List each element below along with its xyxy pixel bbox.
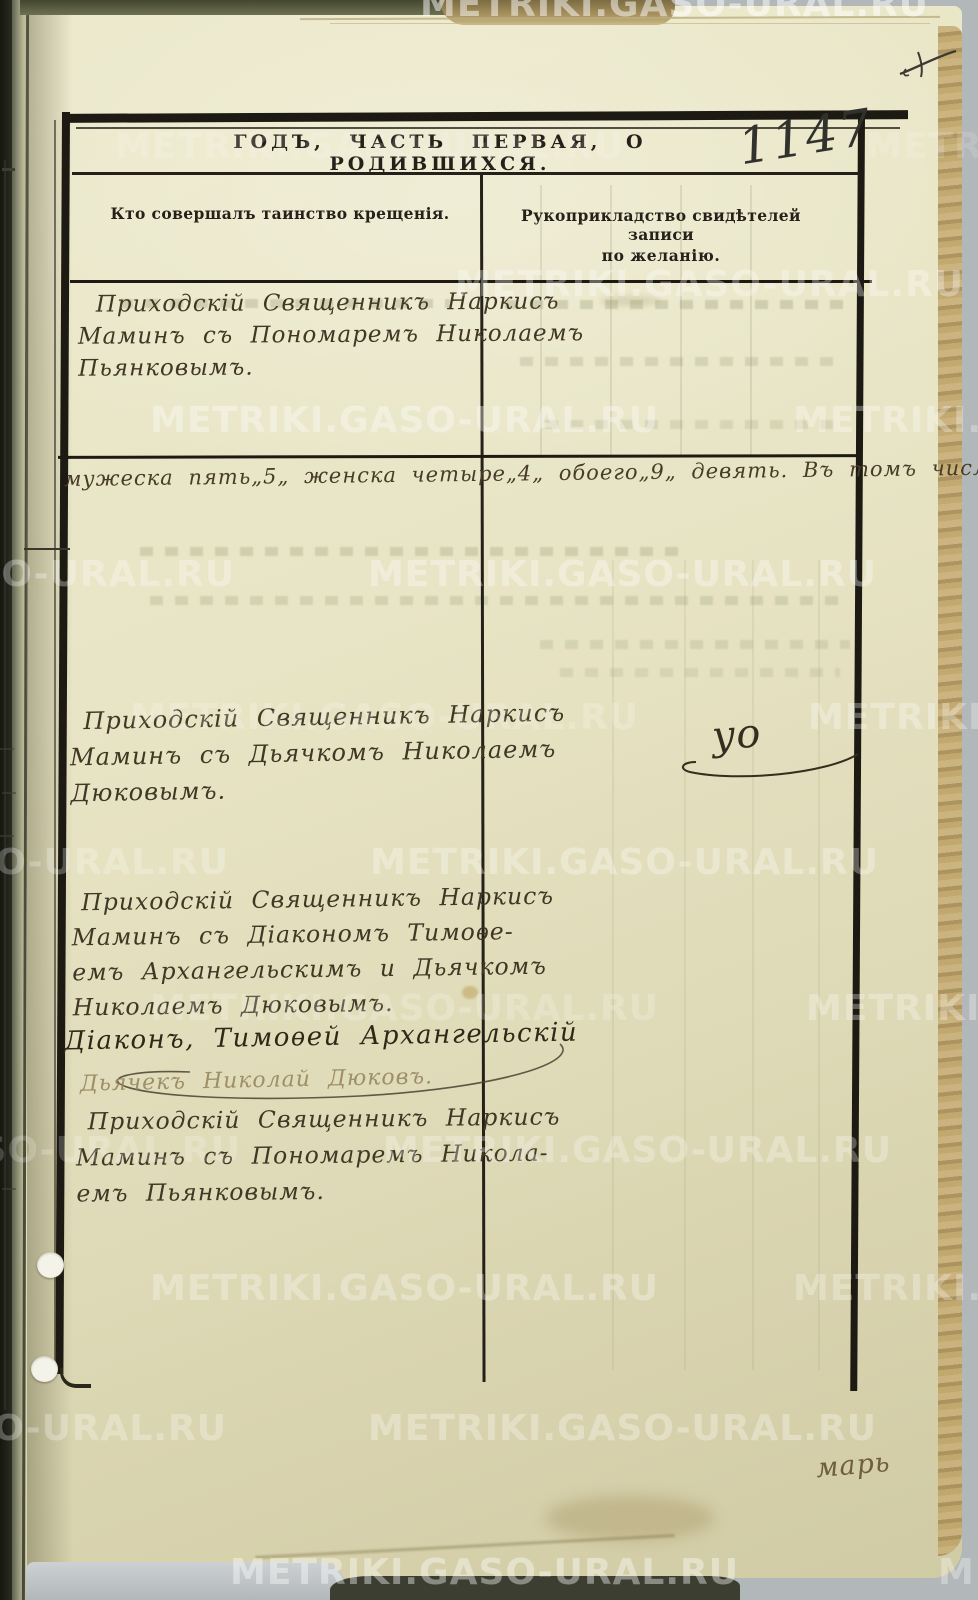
scan-watermark: METRIKI.GASO-URAL.RU	[368, 554, 877, 595]
scan-watermark: METRIKI.GASO-URAL.RU	[150, 1268, 659, 1309]
scanned-document-page: ГОДЪ, ЧАСТЬ ПЕРВАЯ, О РОДИВШИХСЯ. Кто со…	[0, 0, 978, 1600]
scan-watermark: METRIKI.GASO-URAL.RU	[0, 1130, 241, 1171]
scan-watermark: METRIKI.GASO-URAL.RU	[368, 1408, 877, 1449]
scan-watermark: METRIKI.GASO-URAL.RU	[866, 126, 978, 167]
scan-watermark: METRIKI.GASO-URAL.RU	[115, 126, 624, 167]
scan-watermark: METRIKI.GASO-URAL.RU	[150, 400, 659, 441]
scan-watermark: METRIKI.GASO-URAL.RU	[0, 1408, 227, 1449]
scan-watermark: METRIKI.GASO-URAL.RU	[150, 988, 659, 1029]
scan-watermark: METRIKI.GASO-URAL.RU	[455, 264, 964, 305]
scan-watermark: METRIKI.GASO-URAL.RU	[0, 554, 235, 595]
watermark-layer: METRIKI.GASO-URAL.RUMETRIKI.GASO-URAL.RU…	[0, 0, 978, 1600]
scan-watermark: METRIKI.GASO-URAL.RU	[938, 1552, 978, 1593]
scan-watermark: METRIKI.GASO-URAL.RU	[420, 0, 929, 25]
scan-watermark: METRIKI.GASO-URAL.RU	[130, 697, 639, 738]
scan-watermark: METRIKI.GASO-URAL.RU	[808, 697, 978, 738]
scan-watermark: METRIKI.GASO-URAL.RU	[370, 842, 879, 883]
scan-watermark: METRIKI.GASO-URAL.RU	[230, 1552, 739, 1593]
scan-watermark: METRIKI.GASO-URAL.RU	[0, 842, 229, 883]
scan-watermark: METRIKI.GASO-URAL.RU	[793, 1268, 978, 1309]
scan-watermark: METRIKI.GASO-URAL.RU	[806, 988, 978, 1029]
scan-watermark: METRIKI.GASO-URAL.RU	[383, 1130, 892, 1171]
scan-watermark: METRIKI.GASO-URAL.RU	[793, 400, 978, 441]
